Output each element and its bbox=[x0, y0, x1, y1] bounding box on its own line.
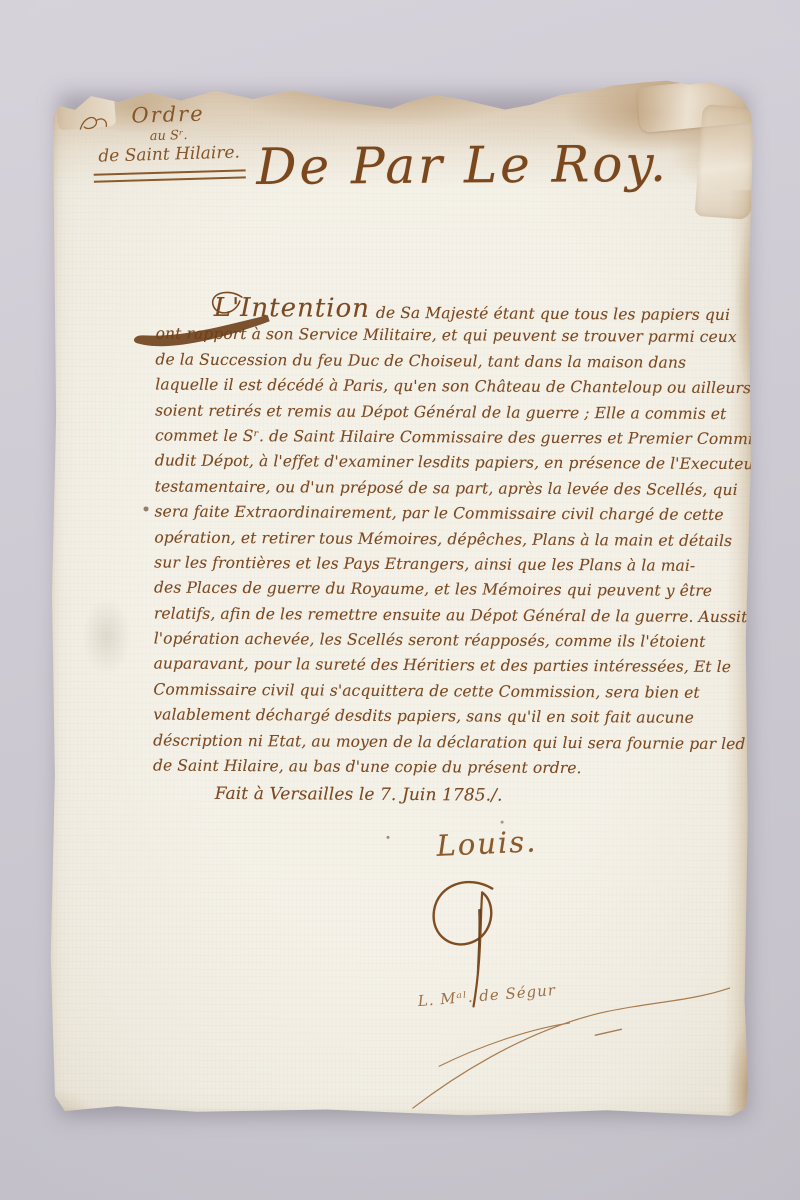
manuscript-line: dudit Dépot, à l'effet d'examiner lesdit… bbox=[155, 449, 755, 478]
manuscript-line: testamentaire, ou d'un préposé de sa par… bbox=[155, 474, 755, 503]
manuscript-line: des Places de guerre du Royaume, et les … bbox=[154, 576, 754, 605]
document-title: De Par Le Roy. bbox=[192, 134, 732, 196]
opening-word: L'Intention bbox=[214, 296, 370, 322]
first-line-text: de Sa Majesté étant que tous les papiers… bbox=[376, 304, 730, 324]
ink-speck bbox=[387, 836, 390, 839]
left-margin-blot bbox=[71, 581, 142, 691]
manuscript-line: déscription ni Etat, au moyen de la décl… bbox=[153, 728, 753, 757]
manuscript-line: Commissaire civil qui s'acquittera de ce… bbox=[153, 677, 753, 706]
manuscript-line: L'Intentionde Sa Majesté étant que tous … bbox=[156, 296, 756, 325]
manuscript-line: sera faite Extraordinairement, par le Co… bbox=[154, 500, 754, 529]
manuscript-body: L'Intentionde Sa Majesté étant que tous … bbox=[153, 296, 756, 812]
manuscript-line: de Saint Hilaire, au bas d'une copie du … bbox=[153, 754, 753, 783]
manuscript-line: commet le Sʳ. de Saint Hilaire Commissai… bbox=[155, 423, 755, 452]
manuscript-line: opération, et retirer tous Mémoires, dép… bbox=[154, 525, 754, 554]
ink-speck bbox=[144, 506, 149, 511]
royal-signature: Louis. bbox=[436, 824, 538, 863]
manuscript-paper: Ordre au Sʳ. de Saint Hilaire. De Par Le… bbox=[47, 76, 755, 1120]
manuscript-line: l'opération achevée, les Scellés seront … bbox=[154, 627, 754, 656]
photograph-background: Ordre au Sʳ. de Saint Hilaire. De Par Le… bbox=[0, 0, 800, 1200]
manuscript-line: auparavant, pour la sureté des Héritiers… bbox=[154, 652, 754, 681]
manuscript-line: valablement déchargé desdits papiers, sa… bbox=[153, 703, 753, 732]
dateline: Fait à Versailles le 7. Juin 1785./. bbox=[153, 779, 753, 813]
manuscript-line: soient retirés et remis au Dépot Général… bbox=[155, 398, 755, 427]
countersignature-block: L. Mᵃˡ. de Ségur bbox=[399, 970, 740, 1122]
manuscript-line: relatifs, afin de les remettre ensuite a… bbox=[154, 601, 754, 630]
manuscript-line: laquelle il est décédé à Paris, qu'en so… bbox=[155, 373, 755, 402]
docket-flourish bbox=[76, 110, 111, 137]
ink-speck bbox=[501, 821, 504, 824]
manuscript-line: sur les frontières et les Pays Etrangers… bbox=[154, 550, 754, 579]
